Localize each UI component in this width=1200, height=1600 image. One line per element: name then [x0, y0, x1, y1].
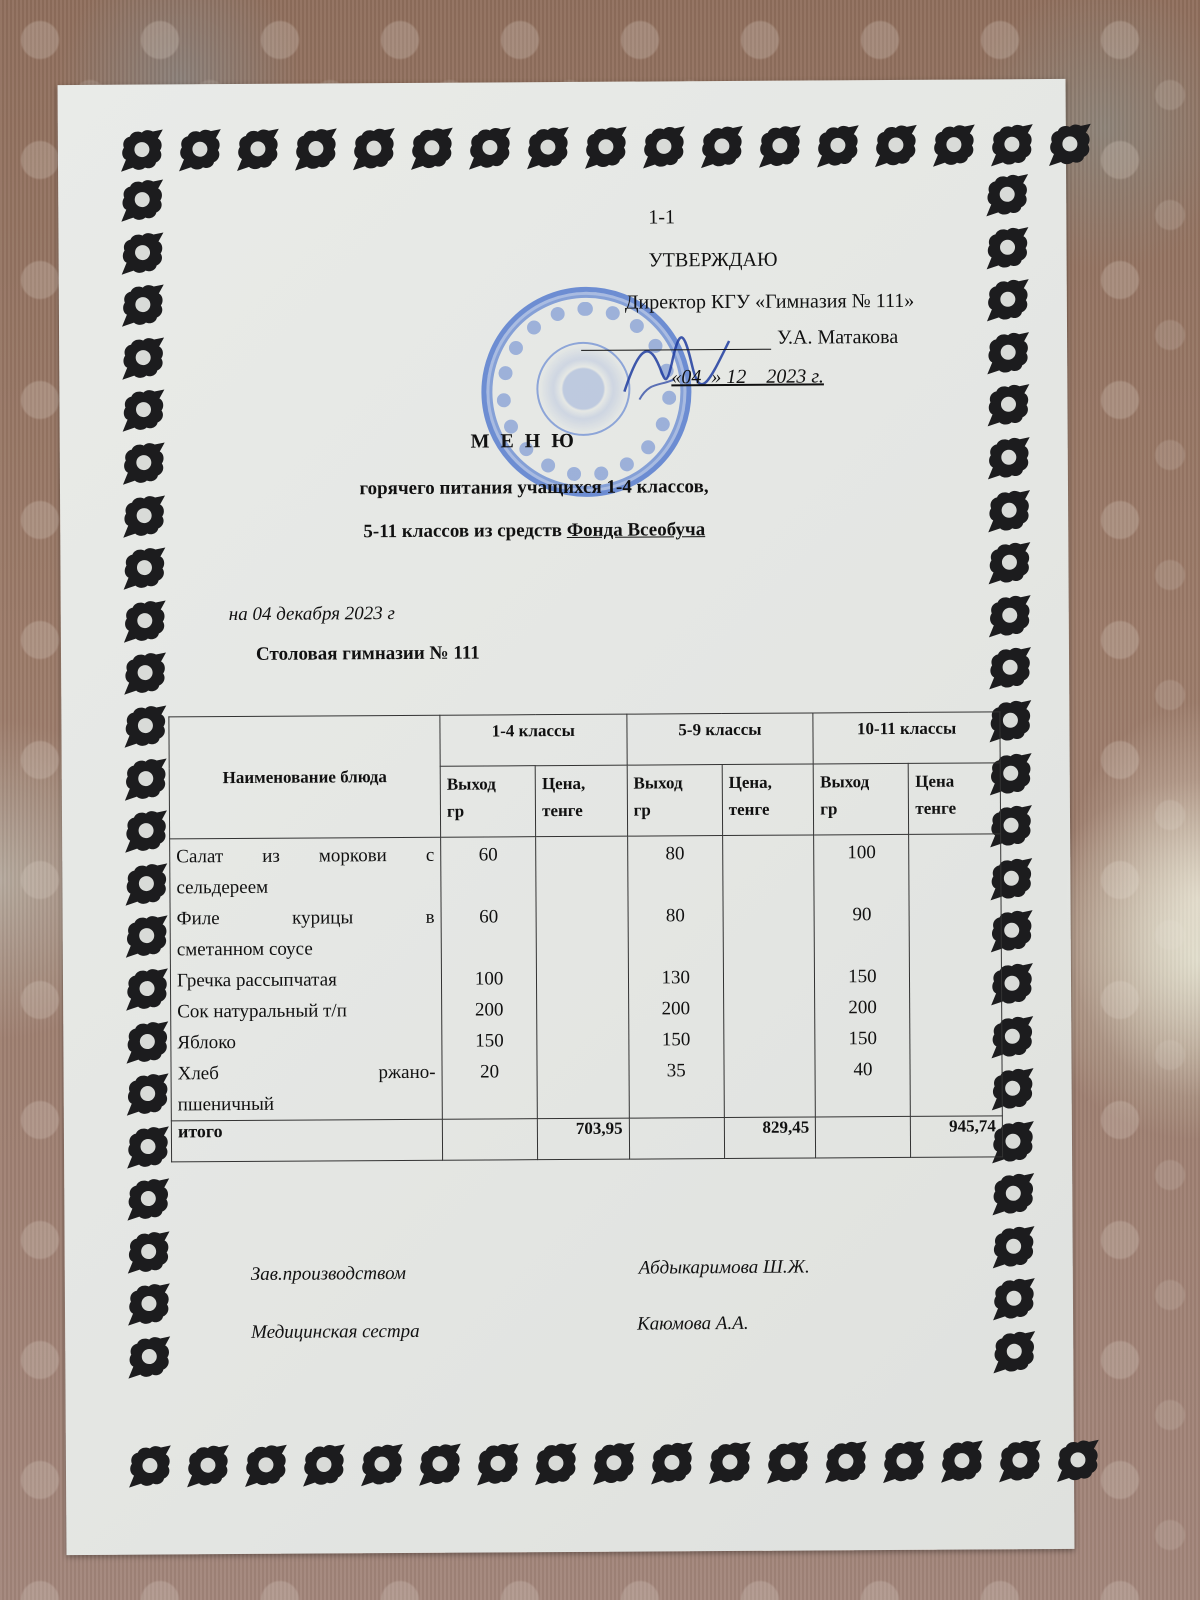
approval-signature-line: У.А. Матакова [581, 326, 898, 351]
dish-name: пшеничный [178, 1088, 436, 1121]
flower-ornament-icon [577, 124, 635, 172]
yield-value: 150 [635, 1024, 717, 1056]
total-yield-10-11 [816, 1116, 911, 1158]
price-cell-10-11 [909, 834, 1002, 1117]
flower-ornament-icon [411, 1441, 469, 1489]
flower-ornament-icon [990, 1328, 1038, 1381]
total-price-10-11: 945,74 [911, 1116, 1003, 1158]
ornament-border-bottom [121, 1437, 1107, 1491]
subtitle-line-1: горячего питания учащихся 1-4 классов, [30, 474, 1038, 502]
yield-value: 90 [821, 899, 903, 962]
group-header-10-11: 10-11 классы [813, 712, 1000, 764]
flower-ornament-icon [751, 123, 809, 171]
flower-ornament-icon [118, 229, 166, 282]
flower-ornament-icon [875, 1438, 933, 1486]
yield-value: 60 [448, 901, 530, 964]
flower-ornament-icon [121, 597, 169, 650]
flower-ornament-icon [585, 1440, 643, 1488]
yield-value: 40 [822, 1054, 904, 1117]
flower-ornament-icon [345, 125, 403, 173]
flower-ornament-icon [120, 545, 168, 598]
yield-value: 60 [447, 839, 529, 902]
flower-ornament-icon [635, 123, 693, 171]
menu-date: на 04 декабря 2023 г [229, 603, 395, 626]
flower-ornament-icon [121, 650, 169, 703]
flower-ornament-icon [989, 1170, 1037, 1223]
table-row-dishes: Салат из моркови ссельдереемФиле курицы … [170, 834, 1003, 1121]
dish-name: Хлеб ржано- [177, 1057, 435, 1090]
total-price-1-4: 703,95 [537, 1118, 629, 1160]
signature-line [581, 329, 771, 351]
yield-value: 100 [448, 963, 530, 995]
price-cell-5-9 [722, 835, 815, 1118]
total-yield-5-9 [629, 1118, 724, 1160]
yield-header: Выходгр [440, 766, 536, 838]
yield-value: 200 [635, 993, 717, 1025]
dish-name: Филе курицы в [177, 902, 435, 935]
sheet-number: 1-1 [648, 206, 675, 229]
flower-ornament-icon [121, 702, 169, 755]
flower-ornament-icon [124, 1123, 172, 1176]
yield-value: 20 [448, 1056, 530, 1119]
flower-ornament-icon [469, 1440, 527, 1488]
yield-value: 130 [635, 962, 717, 994]
dish-names-cell: Салат из моркови ссельдереемФиле курицы … [170, 837, 443, 1121]
subtitle-line-2: 5-11 классов из средств Фонда Всеобуча [30, 517, 1038, 545]
flower-ornament-icon [125, 1333, 173, 1386]
flower-ornament-icon [125, 1228, 173, 1281]
yield-value: 150 [821, 961, 903, 993]
flower-ornament-icon [985, 539, 1033, 592]
signature-name-production: Абдыкаримова Ш.Ж. [639, 1257, 810, 1280]
flower-ornament-icon [123, 965, 171, 1018]
ornament-border-left [118, 176, 173, 1386]
flower-ornament-icon [817, 1438, 875, 1486]
group-header-5-9: 5-9 классы [627, 713, 814, 765]
flower-ornament-icon [119, 282, 167, 335]
yield-value: 150 [822, 1023, 904, 1055]
flower-ornament-icon [991, 1437, 1049, 1485]
role-nurse: Медицинская сестра [251, 1321, 420, 1343]
yield-cell-10-11: 1009015020015040 [814, 834, 911, 1117]
yield-cell-1-4: 606010020015020 [441, 837, 538, 1120]
dish-name: Сок натуральный т/п [177, 995, 435, 1028]
price-header: Ценатенге [909, 763, 1001, 835]
group-header-1-4: 1-4 классы [440, 714, 627, 766]
flower-ornament-icon [983, 121, 1041, 169]
ornament-border-top [113, 121, 1099, 175]
flower-ornament-icon [983, 171, 1031, 224]
signature-row-nurse: Медицинская сестра [251, 1321, 420, 1344]
flower-ornament-icon [527, 1440, 585, 1488]
flower-ornament-icon [122, 860, 170, 913]
role-production: Зав.производством [251, 1263, 406, 1285]
flower-ornament-icon [461, 124, 519, 172]
total-price-5-9: 829,45 [724, 1117, 816, 1159]
flower-ornament-icon [984, 329, 1032, 382]
yield-value: 200 [821, 992, 903, 1024]
yield-value: 80 [634, 838, 716, 901]
price-cell-1-4 [536, 836, 629, 1119]
total-label: итого [171, 1119, 442, 1162]
dish-name: Салат из моркови с [176, 840, 434, 873]
dish-name: Яблоко [177, 1026, 435, 1059]
flower-ornament-icon [809, 122, 867, 170]
flower-ornament-icon [1049, 1437, 1107, 1485]
signature-name-nurse: Каюмова А.А. [637, 1313, 749, 1336]
dish-name: сельдереем [176, 871, 434, 904]
yield-header: Выходгр [813, 763, 909, 835]
page-title: М Е Н Ю [20, 427, 1028, 456]
flower-ornament-icon [287, 125, 345, 173]
flower-ornament-icon [643, 1439, 701, 1487]
yield-value: 200 [448, 994, 530, 1026]
flower-ornament-icon [295, 1441, 353, 1489]
yield-value: 80 [634, 900, 716, 963]
subtitle-line-2-prefix: 5-11 классов из средств [363, 520, 567, 542]
flower-ornament-icon [229, 126, 287, 174]
menu-table: Наименование блюда 1-4 классы 5-9 классы… [168, 711, 1003, 1162]
fund-name: Фонда Всеобуча [567, 519, 706, 541]
yield-value: 35 [635, 1055, 717, 1118]
flower-ornament-icon [119, 334, 167, 387]
menu-sheet: 1-1 УТВЕРЖДАЮ Директор КГУ «Гимназия № 1… [58, 79, 1075, 1555]
dish-name: сметанном соусе [177, 933, 435, 966]
approval-date: «04_» 12__2023 г. [671, 365, 824, 389]
dish-name: Гречка рассыпчатая [177, 964, 435, 997]
flower-ornament-icon [984, 276, 1032, 329]
approval-name: У.А. Матакова [777, 326, 898, 349]
flower-ornament-icon [925, 121, 983, 169]
flower-ornament-icon [118, 176, 166, 229]
flower-ornament-icon [983, 224, 1031, 277]
flower-ornament-icon [759, 1438, 817, 1486]
flower-ornament-icon [353, 1441, 411, 1489]
flower-ornament-icon [122, 808, 170, 861]
flower-ornament-icon [122, 755, 170, 808]
flower-ornament-icon [403, 125, 461, 173]
flower-ornament-icon [179, 1442, 237, 1490]
total-yield-1-4 [442, 1119, 537, 1161]
flower-ornament-icon [701, 1439, 759, 1487]
approval-heading: УТВЕРЖДАЮ [649, 249, 778, 273]
dish-name-header: Наименование блюда [169, 715, 441, 839]
approval-position: Директор КГУ «Гимназия № 111» [625, 290, 914, 315]
flower-ornament-icon [986, 592, 1034, 645]
flower-ornament-icon [1041, 121, 1099, 169]
price-header: Цена,тенге [535, 765, 627, 837]
flower-ornament-icon [171, 126, 229, 174]
flower-ornament-icon [121, 1442, 179, 1490]
flower-ornament-icon [990, 1276, 1038, 1329]
flower-ornament-icon [123, 1018, 171, 1071]
table-row-total: итого 703,95 829,45 945,74 [171, 1116, 1002, 1162]
flower-ornament-icon [519, 124, 577, 172]
flower-ornament-icon [125, 1281, 173, 1334]
flower-ornament-icon [113, 126, 171, 174]
flower-ornament-icon [989, 1223, 1037, 1276]
flower-ornament-icon [933, 1437, 991, 1485]
flower-ornament-icon [867, 122, 925, 170]
yield-value: 100 [820, 837, 902, 900]
flower-ornament-icon [124, 1176, 172, 1229]
price-header: Цена,тенге [722, 764, 814, 836]
yield-header: Выходгр [627, 765, 723, 837]
canteen-name: Столовая гимназии № 111 [256, 643, 480, 666]
flower-ornament-icon [986, 644, 1034, 697]
flower-ornament-icon [123, 913, 171, 966]
flower-ornament-icon [237, 1442, 295, 1490]
flower-ornament-icon [693, 123, 751, 171]
yield-value: 150 [448, 1025, 530, 1057]
yield-cell-5-9: 808013020015035 [627, 836, 724, 1119]
flower-ornament-icon [124, 1071, 172, 1124]
signature-row-production: Зав.производством [251, 1263, 406, 1286]
